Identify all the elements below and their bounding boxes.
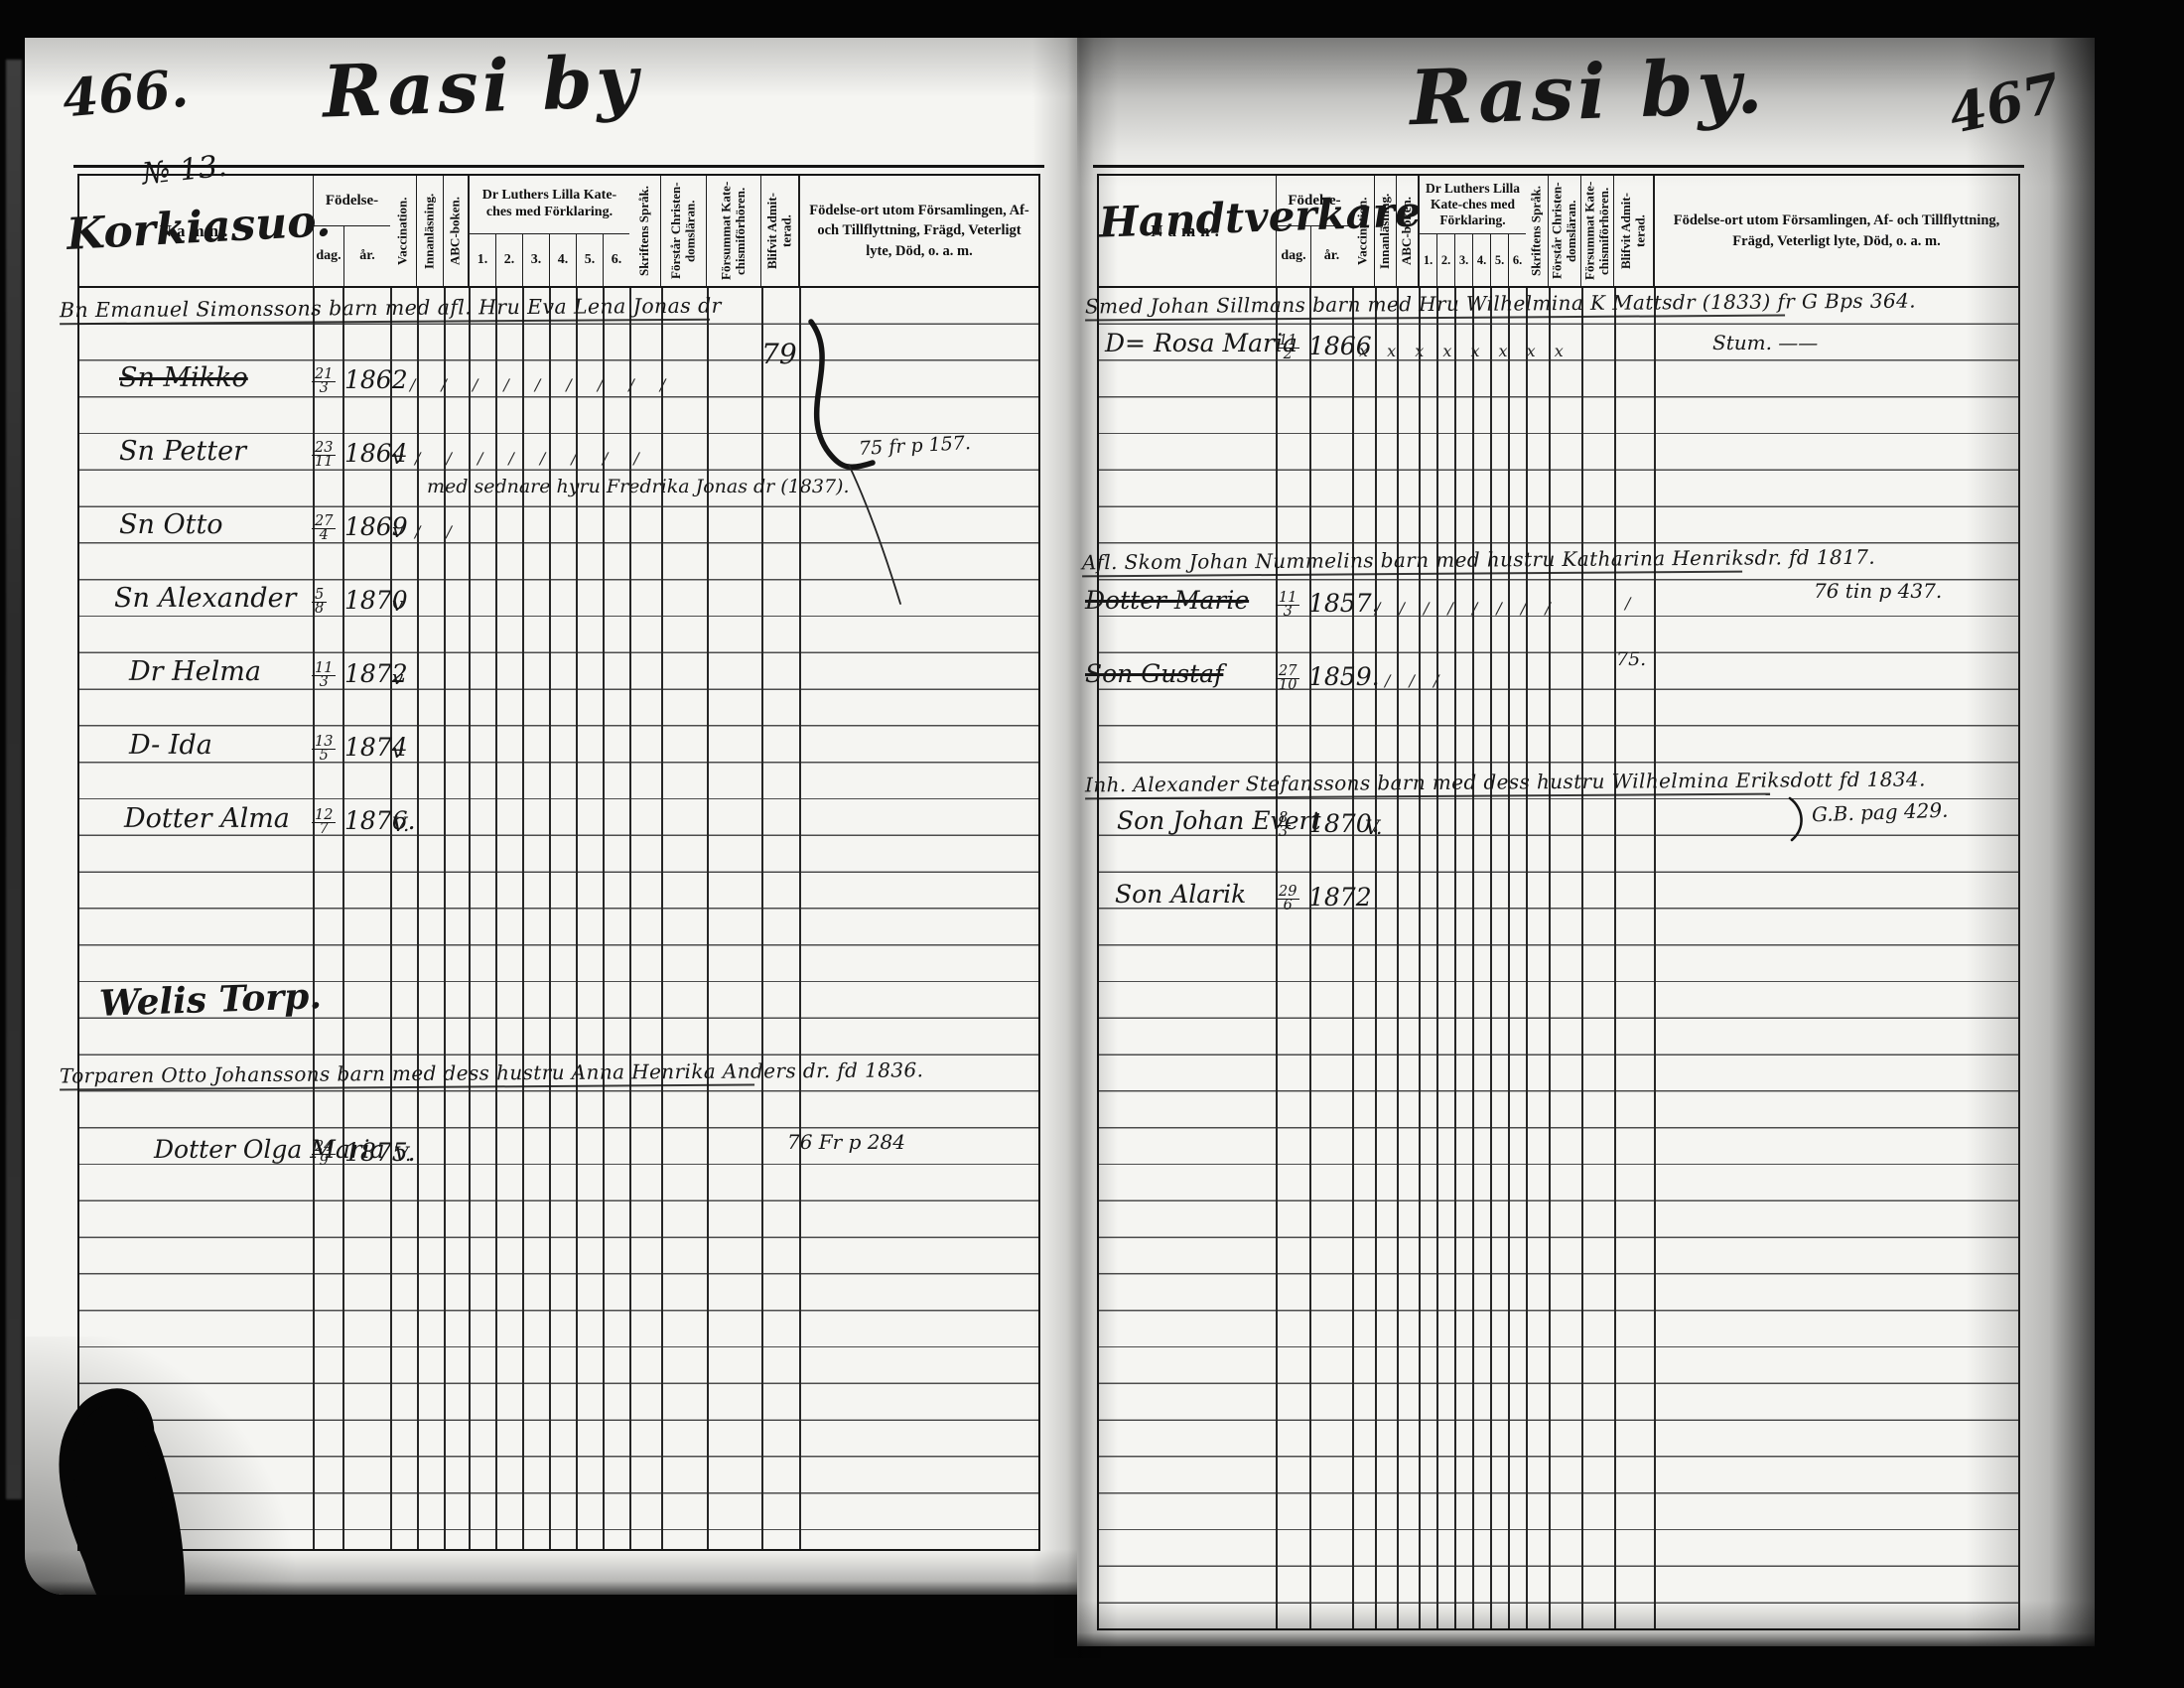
birth-year: 1859.: [1308, 662, 1380, 691]
birth-day: 83: [1276, 812, 1291, 839]
fodelseort-label: Födelse-ort utom Församlingen, Af- och T…: [800, 197, 1038, 265]
column-rule: [1490, 288, 1492, 1628]
katekes-marks: ∕ ∕ ∕: [1385, 671, 1440, 690]
birth-day: 296: [1276, 886, 1299, 913]
col-header-katekes: Dr Luthers Lilla Kate-ches med Förklarin…: [1419, 176, 1526, 286]
col-header-skriftens: Skriftens Språk.: [1526, 176, 1549, 286]
register-body-right: [1097, 288, 2020, 1630]
margin-note: Stum. ——: [1712, 331, 1818, 354]
vaccination-mark: v: [392, 592, 403, 616]
column-rule: [313, 288, 315, 1549]
birth-day: 58: [312, 589, 327, 616]
fodelseort-label: Födelse-ort utom Församlingen, Af- och T…: [1655, 207, 2018, 255]
col-header-blifvit: Blifvit Admit-terad.: [761, 176, 799, 286]
katekes-marks: ∕ ∕: [415, 522, 454, 541]
entry-name: Sn Mikko: [119, 362, 248, 393]
column-rule: [1397, 288, 1399, 1628]
katekes-marks: ∕ ∕ ∕ ∕ ∕ ∕ ∕ ∕ ∕: [410, 375, 667, 394]
birth-year: 1862: [344, 365, 408, 394]
column-rule: [1419, 288, 1421, 1628]
birth-year: 1857.: [1308, 589, 1380, 618]
family-heading-2: Torparen Otto Johanssons barn med dess h…: [60, 1059, 754, 1091]
birth-day: 113: [1276, 592, 1299, 619]
katekes-col-4: 4.: [549, 234, 576, 286]
birth-day: 2311: [312, 442, 336, 469]
entry-name: Dr Helma: [129, 656, 261, 687]
column-rule: [342, 288, 344, 1549]
katekes-col-2: 2.: [1436, 234, 1454, 286]
right-page-number: 467: [1944, 61, 2067, 146]
vaccination-mark: v: [392, 665, 403, 689]
column-rule: [1549, 288, 1551, 1628]
margin-note: 76 Fr p 284: [787, 1130, 905, 1154]
col-header-fodelseort: Födelse-ort utom Församlingen, Af- och T…: [799, 176, 1038, 286]
column-rule: [1472, 288, 1474, 1628]
katekes-col-6: 6.: [1508, 234, 1526, 286]
katekes-col-4: 4.: [1472, 234, 1490, 286]
entry-name: Sn Petter: [119, 436, 246, 467]
column-rule: [390, 288, 392, 1549]
birth-day: 274: [312, 515, 336, 542]
section-heading: Welis Torp.: [98, 975, 322, 1025]
col-header-forstar: Förstår Christen-domsläran.: [1549, 176, 1581, 286]
katekes-col-5: 5.: [576, 234, 603, 286]
column-rule: [1454, 288, 1456, 1628]
birth-day: 135: [312, 736, 336, 763]
column-rule: [1276, 288, 1278, 1628]
family-heading-3: Inh. Alexander Stefanssons barn med dess…: [1085, 769, 1770, 800]
column-rule: [1508, 288, 1510, 1628]
column-rule: [1309, 288, 1311, 1628]
vaccination-mark: v: [392, 518, 403, 542]
extra-mark: ∕: [1625, 594, 1632, 613]
margin-note: med sednare hyru Fredrika Jonas dr (1837…: [427, 476, 850, 497]
column-rule: [1375, 288, 1377, 1628]
vaccination-mark: v: [392, 739, 403, 763]
katekes-marks: ∕ ∕ ∕ ∕ ∕ ∕ ∕ ∕: [1375, 599, 1553, 618]
katekes-col-1: 1.: [1420, 234, 1436, 286]
entry-name: Sn Otto: [119, 509, 223, 540]
katekes-col-5: 5.: [1490, 234, 1508, 286]
brace-flourish: [789, 314, 938, 612]
column-rule: [1352, 288, 1354, 1628]
birth-year: 1872: [1308, 883, 1372, 912]
column-rule: [1654, 288, 1656, 1628]
birth-day: 113: [312, 662, 336, 689]
katekes-label: Dr Luthers Lilla Kate-ches med Förklarin…: [1420, 176, 1526, 234]
column-rule: [417, 288, 419, 1549]
entry-name: Dotter Alma: [124, 803, 290, 834]
katekes-marks: ∕ ∕ ∕ ∕ ∕ ∕ ∕ ∕: [415, 449, 641, 468]
col-header-innanlasning: Innanläsning.: [417, 176, 444, 286]
col-header-skriftens: Skriftens Språk.: [629, 176, 661, 286]
entry-name: Son Gustaf: [1085, 659, 1223, 688]
col-header-katekes: Dr Luthers Lilla Kate-ches med Förklarin…: [469, 176, 629, 286]
col-header-forsummat: Försummat Kate-chismiförhören.: [707, 176, 761, 286]
katekes-col-1: 1.: [470, 234, 495, 286]
right-page-title: Rasi by.: [1409, 42, 1768, 142]
family-heading-1: Smed Johan Sillmans barn med Hru Wilhelm…: [1085, 290, 1785, 322]
col-header-blifvit: Blifvit Admit-terad.: [1614, 176, 1654, 286]
margin-note: G.B. pag 429.: [1812, 798, 1949, 827]
katekes-col-2: 2.: [495, 234, 522, 286]
family-heading-1: Bn Emanuel Simonssons barn med afl. Hru …: [60, 294, 710, 326]
column-rule: [1614, 288, 1616, 1628]
film-edge-streak: [6, 60, 22, 1499]
ar-label: år.: [343, 226, 390, 286]
birth-day: 249: [312, 1141, 336, 1168]
col-header-abc-boken: ABC-boken.: [444, 176, 469, 286]
column-rule: [1526, 288, 1528, 1628]
vaccination-mark: V.: [392, 812, 409, 836]
entry-name: Dotter Marie: [1085, 586, 1249, 615]
vaccination-mark: V.: [394, 1142, 411, 1166]
left-page: 466. Rasi by Namn. Födelse- dag. år. Vac…: [25, 38, 1077, 1595]
birth-day: 213: [312, 368, 336, 395]
entry-name: D= Rosa Maria: [1105, 329, 1297, 357]
table-top-rule: [1093, 165, 2024, 168]
katekes-col-3: 3.: [522, 234, 549, 286]
entry-name: Son Alarik: [1115, 880, 1246, 909]
left-page-title: Rasi by: [322, 38, 643, 133]
left-page-number: 466.: [61, 59, 191, 130]
birth-day: 127: [312, 809, 336, 836]
col-header-vaccination: Vaccination.: [390, 176, 417, 286]
right-page: Rasi by. 467 Namn. Födelse- dag. år. Vac…: [1077, 38, 2095, 1646]
family-heading-2: Afl. Skom Johan Nummelins barn med hustr…: [1082, 546, 1742, 578]
microfilm-scan: 466. Rasi by Namn. Födelse- dag. år. Vac…: [0, 0, 2184, 1688]
katekes-col-3: 3.: [1454, 234, 1472, 286]
admitted-number: 75.: [1616, 648, 1646, 670]
column-rule: [1436, 288, 1438, 1628]
katekes-marks: x x x x x x x x: [1359, 342, 1566, 360]
entry-name: Sn Alexander: [114, 583, 296, 614]
col-header-forstar: Förstår Christen-domsläran.: [661, 176, 707, 286]
birth-day: 112: [1276, 335, 1299, 361]
birth-day: 2710: [1276, 665, 1299, 692]
margin-note: 76 tin p 437.: [1814, 579, 1942, 603]
col-header-forsummat: Försummat Kate-chismiförhören.: [1581, 176, 1614, 286]
ink-blot: [25, 1388, 233, 1595]
katekes-label: Dr Luthers Lilla Kate-ches med Förklarin…: [470, 176, 629, 234]
column-rule: [1581, 288, 1583, 1628]
katekes-col-6: 6.: [603, 234, 629, 286]
vaccination-mark: v: [392, 445, 403, 469]
vaccination-mark: V.: [1365, 815, 1382, 839]
brace-flourish: [1784, 794, 1814, 844]
col-header-fodelseort: Födelse-ort utom Församlingen, Af- och T…: [1654, 176, 2018, 286]
entry-name: D- Ida: [129, 730, 212, 761]
